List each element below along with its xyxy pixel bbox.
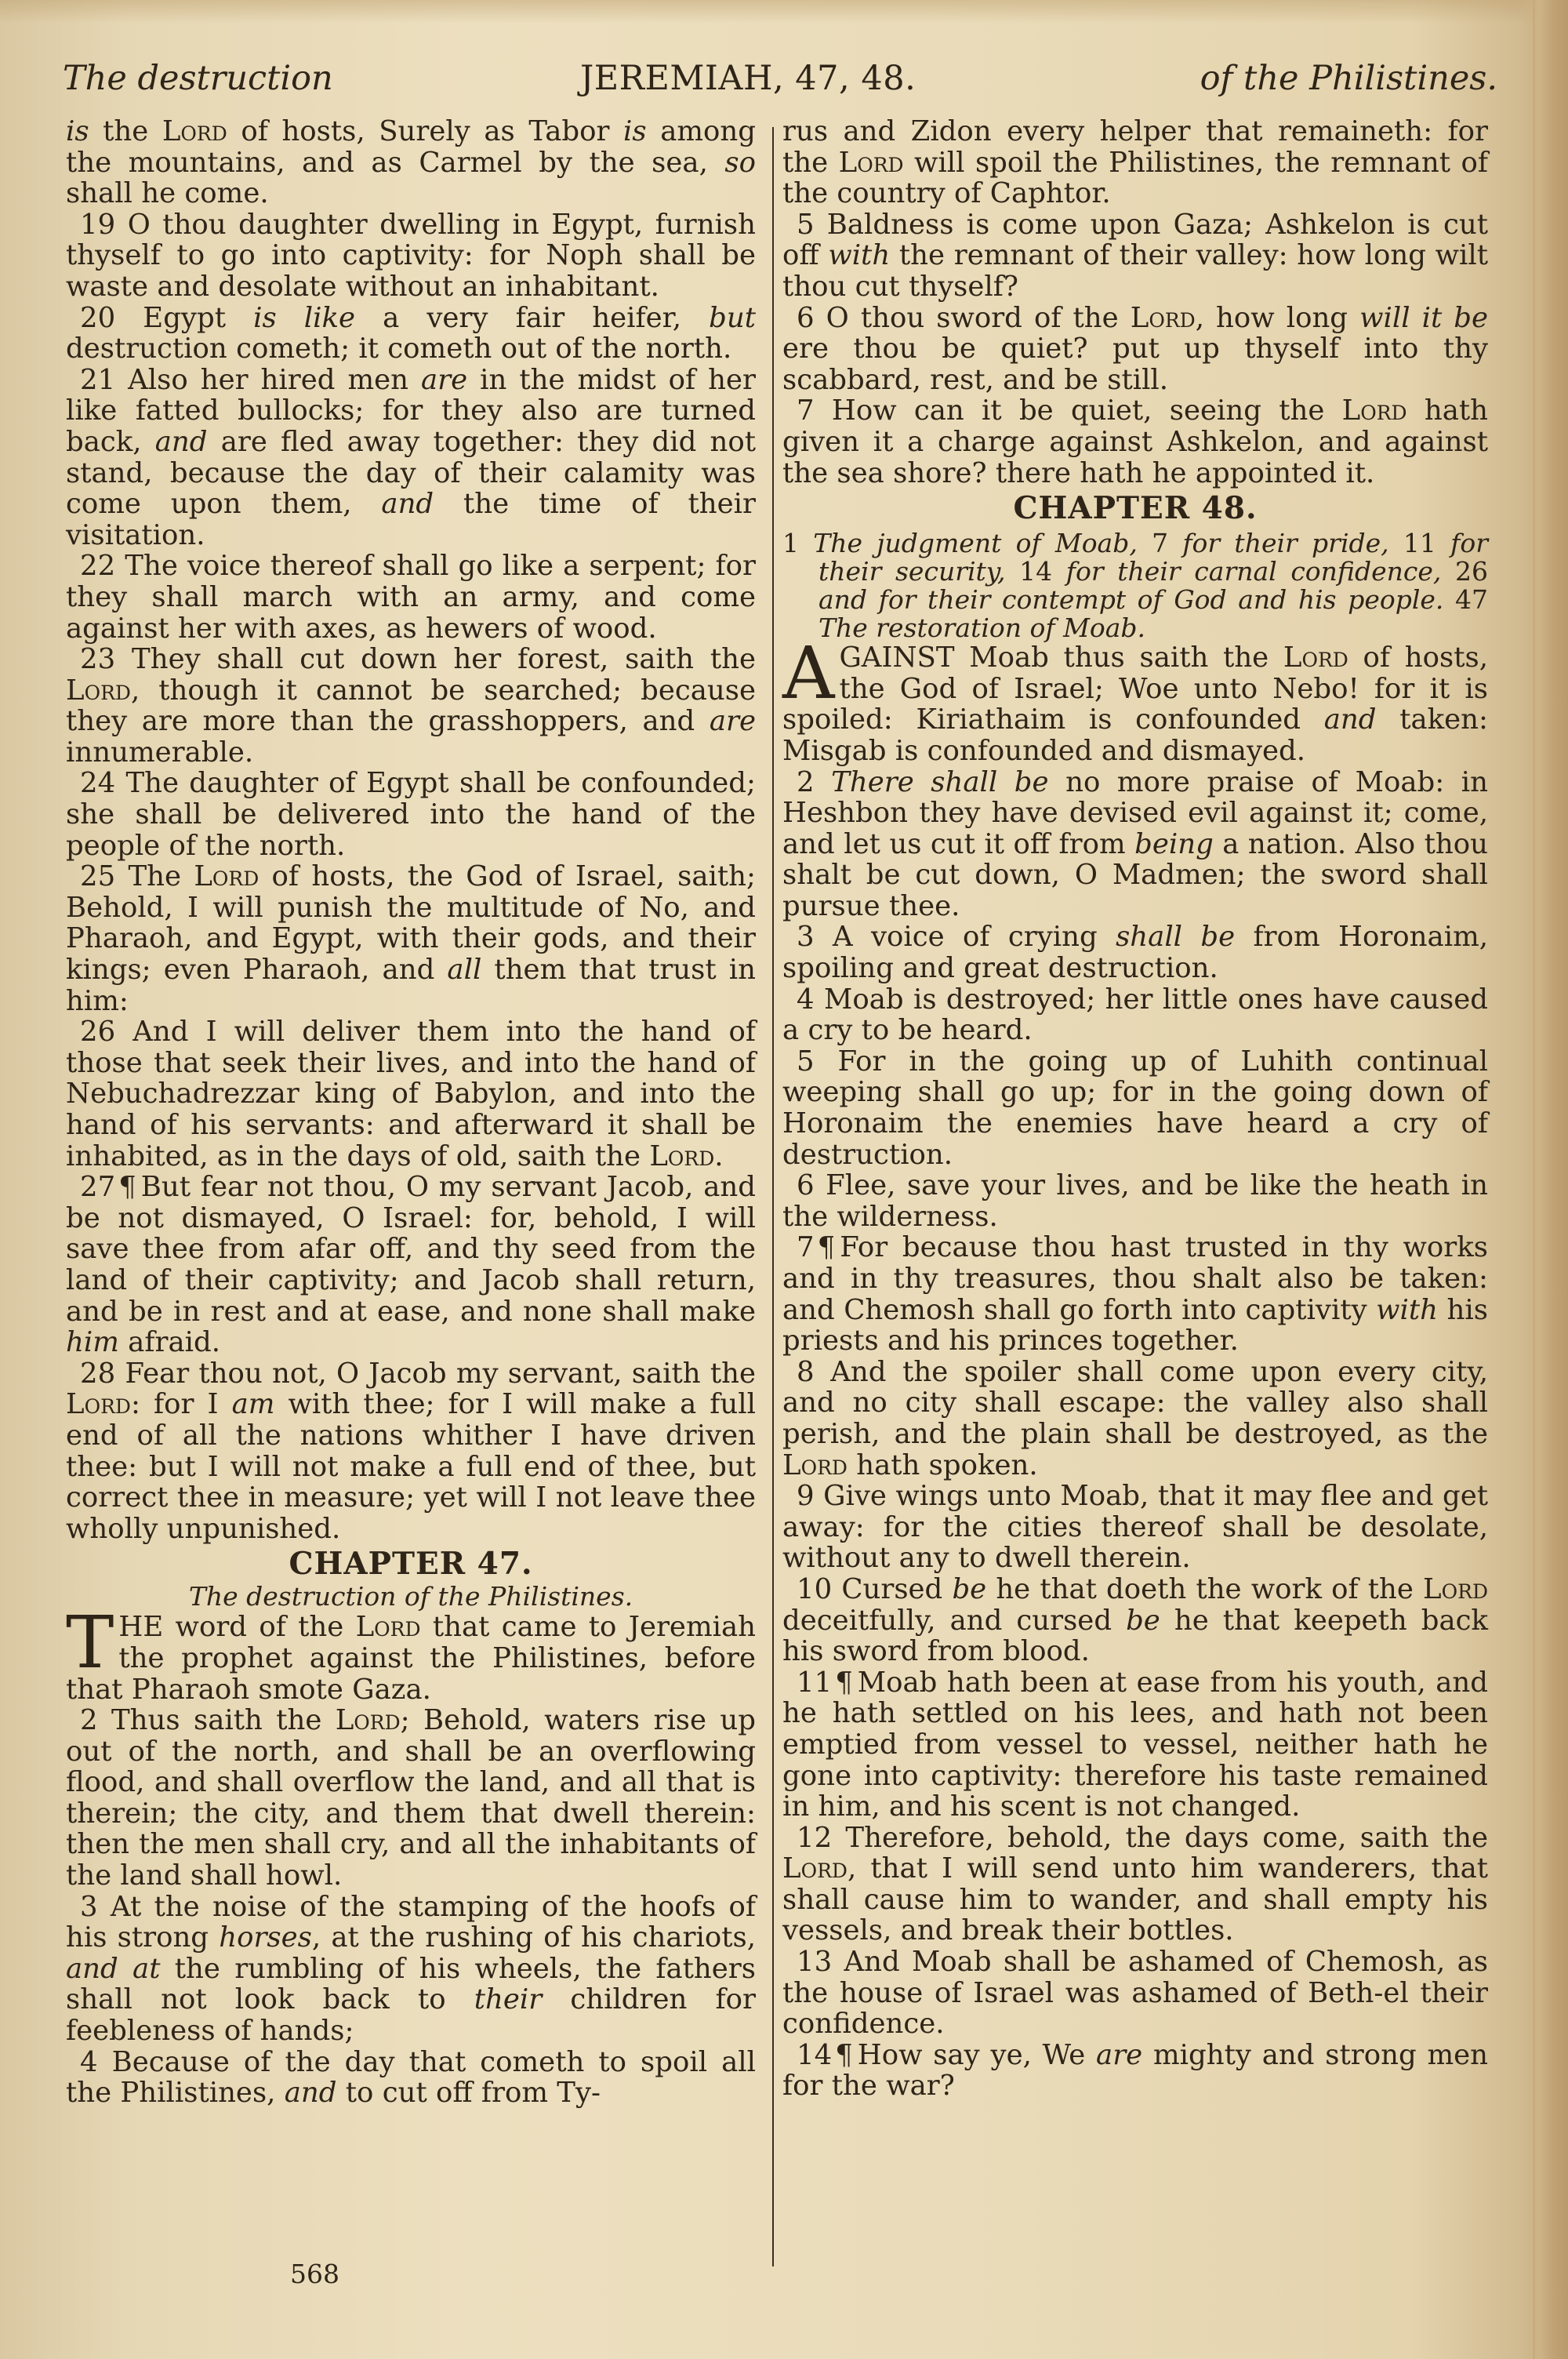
verse-text: destruction cometh; it cometh out of the… xyxy=(66,333,731,365)
verse-48-7: 7¶For because thou hast trusted in thy w… xyxy=(782,1232,1488,1356)
italic-word: but xyxy=(709,302,756,334)
summary-verse-ref: 1 xyxy=(782,528,799,558)
verse-number: 2 xyxy=(80,1704,98,1736)
verse-text: . xyxy=(714,1140,723,1172)
verse-number: 4 xyxy=(797,983,815,1016)
left-column: is the Lord of hosts, Surely as Tabor is… xyxy=(66,116,756,2109)
italic-word: all xyxy=(447,954,481,986)
verse-46-22: 22 The voice thereof shall go like a ser… xyxy=(66,551,756,644)
verse-text: to cut off from Ty- xyxy=(337,2077,601,2109)
verse-48-3: 3 A voice of crying shall be from Horona… xyxy=(782,921,1488,983)
running-head-right: of the Philistines. xyxy=(1200,55,1497,102)
italic-word: and xyxy=(155,426,208,458)
chapter-summary-48: 1 The judgment of Moab, 7 for their prid… xyxy=(782,529,1488,642)
summary-verse-ref: 7 xyxy=(1152,528,1168,558)
verse-text: the xyxy=(89,115,162,147)
verse-text: Fear thou not, O Jacob my servant, saith… xyxy=(115,1358,756,1390)
italic-word: and xyxy=(381,488,434,520)
italic-word: and xyxy=(1324,703,1377,736)
verse-text: But fear not thou, O my servant Jacob, a… xyxy=(66,1171,756,1327)
verse-text: The xyxy=(115,860,194,892)
column-divider xyxy=(772,127,774,2266)
divine-name: Lord xyxy=(162,115,227,147)
verse-text: afraid. xyxy=(119,1326,220,1358)
verse-number: 27 xyxy=(80,1171,115,1203)
verse-48-14: 14¶How say ye, We are mighty and strong … xyxy=(782,2040,1488,2102)
verse-47-5: 5 Baldness is come upon Gaza; Ashkelon i… xyxy=(782,209,1488,303)
verse-48-1: AGAINST Moab thus saith the Lord of host… xyxy=(782,642,1488,766)
verse-46-25: 25 The Lord of hosts, the God of Israel,… xyxy=(66,861,756,1016)
verse-text: deceitfully, and cursed xyxy=(782,1605,1126,1637)
verse-text: : for I xyxy=(131,1388,232,1420)
verse-text: of hosts, Surely as Tabor xyxy=(227,115,623,147)
italic-word: be xyxy=(952,1573,986,1605)
italic-word: him xyxy=(66,1326,119,1358)
verse-46-18-continuation: is the Lord of hosts, Surely as Tabor is… xyxy=(66,116,756,209)
verse-46-23: 23 They shall cut down her forest, saith… xyxy=(66,644,756,768)
verse-text: , at the rushing of his chariots, xyxy=(312,1921,756,1954)
verse-48-11: 11¶Moab hath been at ease from his youth… xyxy=(782,1667,1488,1823)
divine-name: Lord xyxy=(1131,302,1196,334)
italic-word: with xyxy=(1376,1294,1438,1326)
italic-word: are xyxy=(710,705,756,737)
verse-text: shall he come. xyxy=(66,177,269,209)
right-column: rus and Zidon every helper that remainet… xyxy=(782,116,1488,2102)
running-head: The destruction JEREMIAH, 47, 48. of the… xyxy=(63,55,1497,102)
divine-name: Lord xyxy=(356,1611,421,1643)
verse-number: 10 xyxy=(797,1573,832,1605)
italic-word: being xyxy=(1134,828,1214,860)
pilcrow-icon: ¶ xyxy=(835,2039,853,2071)
verse-47-4-continuation: rus and Zidon every helper that remainet… xyxy=(782,116,1488,209)
verse-text: Also her hired men xyxy=(115,364,421,396)
verse-number: 23 xyxy=(80,643,115,675)
summary-text: The restoration of Moab. xyxy=(818,612,1145,643)
pilcrow-icon: ¶ xyxy=(118,1171,136,1203)
verse-48-5: 5 For in the going up of Luhith continua… xyxy=(782,1046,1488,1170)
divine-name: Lord xyxy=(649,1140,714,1172)
verse-text: innumerable. xyxy=(66,736,253,769)
verse-text: , that I will send unto him wanderers, t… xyxy=(782,1852,1488,1946)
chapter-heading-47: CHAPTER 47. xyxy=(66,1546,756,1582)
verse-number: 14 xyxy=(797,2039,832,2071)
divine-name: Lord xyxy=(782,1449,848,1481)
verse-text: ere thou be quiet? put up thyself into t… xyxy=(782,333,1488,396)
verse-number: 9 xyxy=(797,1480,815,1512)
summary-text: and for their contempt of God and his pe… xyxy=(818,584,1455,615)
verse-number: 26 xyxy=(80,1016,115,1048)
verse-text: hath spoken. xyxy=(848,1449,1038,1481)
summary-verse-ref: 47 xyxy=(1455,584,1488,615)
verse-48-6: 6 Flee, save your lives, and be like the… xyxy=(782,1170,1488,1232)
verse-text: Give wings unto Moab, that it may flee a… xyxy=(782,1480,1488,1574)
verse-text: Thus saith the xyxy=(98,1704,336,1736)
verse-number: 25 xyxy=(80,860,115,892)
verse-47-2: 2 Thus saith the Lord; Behold, waters ri… xyxy=(66,1705,756,1892)
verse-text: Therefore, behold, the days come, saith … xyxy=(832,1822,1488,1854)
summary-text: for their carnal confidence, xyxy=(1052,556,1455,587)
page-edge xyxy=(1521,0,1568,2359)
verse-number: 11 xyxy=(797,1667,832,1699)
page-top-shadow xyxy=(0,0,1568,24)
italic-word: am xyxy=(232,1388,275,1420)
divine-name: Lord xyxy=(1342,394,1407,427)
verse-46-20: 20 Egypt is like a very fair heifer, but… xyxy=(66,303,756,365)
verse-48-4: 4 Moab is destroyed; her little ones hav… xyxy=(782,984,1488,1046)
italic-word: horses xyxy=(219,1921,312,1954)
verse-46-19: 19 O thou daughter dwelling in Egypt, fu… xyxy=(66,209,756,303)
verse-48-8: 8 And the spoiler shall come upon every … xyxy=(782,1357,1488,1481)
verse-number: 3 xyxy=(797,921,815,953)
verse-number: 8 xyxy=(797,1356,815,1388)
divine-name: Lord xyxy=(782,1852,848,1885)
verse-text: , though it cannot be searched; because … xyxy=(66,674,756,738)
italic-word: is like xyxy=(253,302,355,334)
verse-48-2: 2 There shall be no more praise of Moab:… xyxy=(782,767,1488,922)
italic-word: and at xyxy=(66,1953,160,1985)
verse-text: a very fair heifer, xyxy=(355,302,709,334)
verse-number: 5 xyxy=(797,209,815,241)
divine-name: Lord xyxy=(66,1388,131,1420)
verse-46-21: 21 Also her hired men are in the midst o… xyxy=(66,365,756,551)
verse-text: , how long xyxy=(1196,302,1359,334)
verse-number: 6 xyxy=(797,302,815,334)
verse-47-1: THE word of the Lord that came to Jeremi… xyxy=(66,1612,756,1705)
divine-name: Lord xyxy=(66,674,131,707)
verse-46-24: 24 The daughter of Egypt shall be confou… xyxy=(66,768,756,861)
verse-text: Moab is destroyed; her little ones have … xyxy=(782,983,1488,1047)
verse-47-7: 7 How can it be quiet, seeing the Lord h… xyxy=(782,395,1488,489)
verse-text: The voice thereof shall go like a serpen… xyxy=(66,550,756,644)
divine-name: Lord xyxy=(194,860,259,892)
verse-number: 2 xyxy=(797,766,815,798)
verse-text: GAINST Moab thus saith the xyxy=(839,642,1283,674)
verse-text: They shall cut down her forest, saith th… xyxy=(115,643,756,675)
verse-number: 28 xyxy=(80,1358,115,1390)
verse-number: 13 xyxy=(797,1946,832,1978)
italic-word: with xyxy=(828,239,890,271)
running-head-left: The destruction xyxy=(63,55,333,102)
verse-number: 21 xyxy=(80,364,115,396)
italic-word: be xyxy=(1126,1605,1160,1637)
verse-48-13: 13 And Moab shall be ashamed of Chemosh,… xyxy=(782,1946,1488,2040)
running-head-book-chapters: JEREMIAH, 47, 48. xyxy=(580,55,916,102)
verse-number: 19 xyxy=(80,209,115,241)
italic-word: shall be xyxy=(1116,921,1235,953)
summary-verse-ref: 26 xyxy=(1455,556,1488,587)
verse-number: 24 xyxy=(80,767,115,799)
verse-number: 3 xyxy=(80,1891,98,1923)
verse-number: 5 xyxy=(797,1045,815,1078)
divine-name: Lord xyxy=(839,147,904,179)
verse-47-6: 6 O thou sword of the Lord, how long wil… xyxy=(782,303,1488,396)
verse-number: 22 xyxy=(80,550,115,582)
verse-text: HE word of the xyxy=(118,1611,355,1643)
verse-46-28: 28 Fear thou not, O Jacob my servant, sa… xyxy=(66,1358,756,1545)
page-number: 568 xyxy=(290,2259,339,2290)
verse-text: The daughter of Egypt shall be confounde… xyxy=(66,767,756,861)
verse-47-4: 4 Because of the day that cometh to spoi… xyxy=(66,2047,756,2109)
verse-text: How can it be quiet, seeing the xyxy=(815,394,1342,427)
verse-text: O thou daughter dwelling in Egypt, furni… xyxy=(66,209,756,303)
verse-text: Cursed xyxy=(832,1573,952,1605)
verse-text: Egypt xyxy=(115,302,253,334)
verse-text: O thou sword of the xyxy=(815,302,1131,334)
italic-word: are xyxy=(1096,2039,1142,2071)
italic-word: and xyxy=(285,2077,337,2109)
verse-text: he that doeth the work of the xyxy=(986,1573,1423,1605)
summary-text: for their pride, xyxy=(1168,528,1403,558)
verse-46-26: 26 And I will deliver them into the hand… xyxy=(66,1016,756,1172)
summary-verse-ref: 14 xyxy=(1019,556,1052,587)
chapter-heading-48: CHAPTER 48. xyxy=(782,490,1488,526)
verse-text: And Moab shall be ashamed of Chemosh, as… xyxy=(782,1946,1488,2040)
divine-name: Lord xyxy=(336,1704,401,1736)
verse-47-3: 3 At the noise of the stamping of the ho… xyxy=(66,1892,756,2047)
verse-number: 7 xyxy=(797,394,815,427)
italic-word: their xyxy=(474,1983,542,2016)
verse-number: 12 xyxy=(797,1822,832,1854)
verse-text: Moab hath been at ease from his youth, a… xyxy=(782,1667,1488,1823)
italic-word: will it be xyxy=(1359,302,1488,334)
page-edge-line xyxy=(1533,0,1535,2359)
verse-number: 7 xyxy=(797,1231,815,1263)
verse-number: 20 xyxy=(80,302,115,334)
italic-word: are xyxy=(421,364,467,396)
italic-word: There shall be xyxy=(831,766,1048,798)
summary-verse-ref: 11 xyxy=(1403,528,1436,558)
verse-48-9: 9 Give wings unto Moab, that it may flee… xyxy=(782,1481,1488,1574)
divine-name: Lord xyxy=(1423,1573,1488,1605)
verse-number: 6 xyxy=(797,1169,815,1201)
italic-word: is xyxy=(66,115,89,147)
verse-text: Flee, save your lives, and be like the h… xyxy=(782,1169,1488,1233)
verse-48-10: 10 Cursed be he that doeth the work of t… xyxy=(782,1574,1488,1667)
drop-cap: T xyxy=(66,1613,114,1673)
drop-cap: A xyxy=(782,644,834,703)
verse-number: 4 xyxy=(80,2046,98,2078)
italic-word: is xyxy=(623,115,647,147)
verse-46-27: 27¶But fear not thou, O my servant Jacob… xyxy=(66,1172,756,1358)
verse-48-12: 12 Therefore, behold, the days come, sai… xyxy=(782,1823,1488,1946)
verse-text: For in the going up of Luhith continual … xyxy=(782,1045,1488,1171)
summary-text: The judgment of Moab, xyxy=(799,528,1152,558)
verse-text: A voice of crying xyxy=(815,921,1116,953)
pilcrow-icon: ¶ xyxy=(835,1667,853,1699)
divine-name: Lord xyxy=(1283,642,1348,674)
chapter-summary-47: The destruction of the Philistines. xyxy=(66,1582,756,1612)
verse-text: How say ye, We xyxy=(858,2039,1096,2071)
italic-word: so xyxy=(724,147,756,179)
pilcrow-icon: ¶ xyxy=(818,1231,836,1263)
verse-text: And the spoiler shall come upon every ci… xyxy=(782,1356,1488,1450)
